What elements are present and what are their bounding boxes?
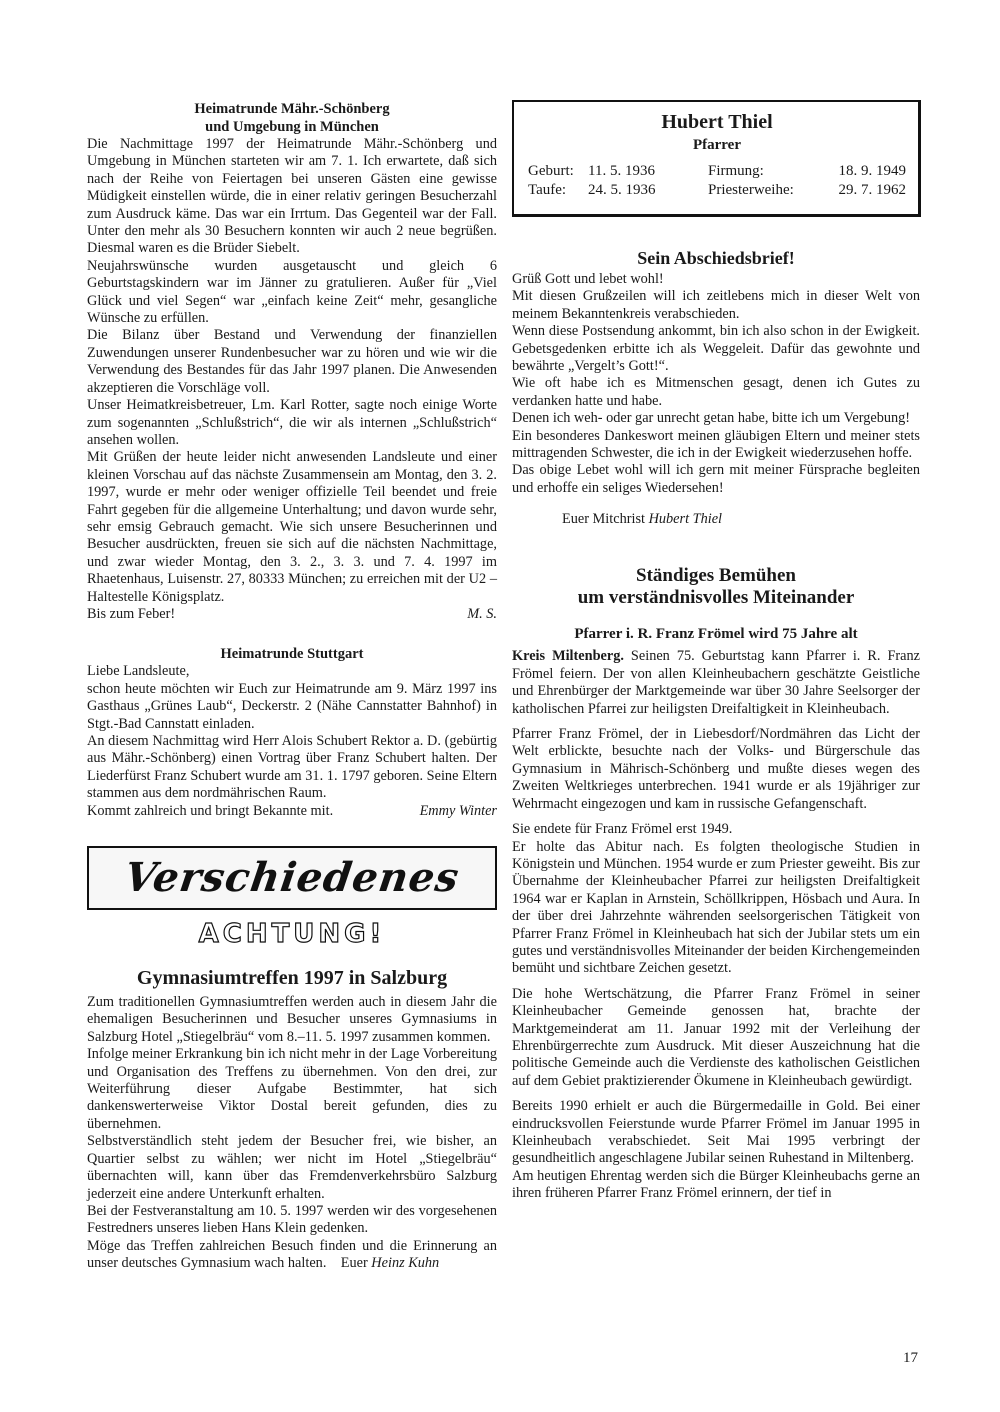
person-name: Hubert Thiel <box>528 110 906 134</box>
paragraph: Die Nachmittage 1997 der Heimatrunde Mäh… <box>87 136 497 258</box>
date-value: 11. 5. 1936 <box>588 162 708 181</box>
article-heimatrunde-stuttgart: Heimatrunde Stuttgart Liebe Landsleute, … <box>87 645 497 820</box>
paragraph: Wie oft habe ich es Mitmenschen gesagt, … <box>512 375 920 410</box>
author-signature: Hubert Thiel <box>649 511 722 527</box>
paragraph: Sie endete für Franz Frömel erst 1949. <box>512 821 920 838</box>
article-title: Sein Abschiedsbrief! <box>512 247 920 269</box>
paragraph: Neujahrswünsche wurden ausgetauscht und … <box>87 258 497 328</box>
paragraph: Selbstverständlich steht jedem der Besuc… <box>87 1133 497 1203</box>
date-value: 29. 7. 1962 <box>818 181 906 200</box>
closing-text: Bis zum Feber! <box>87 606 175 623</box>
person-role: Pfarrer <box>528 134 906 156</box>
article-subtitle: Pfarrer i. R. Franz Frömel wird 75 Jahre… <box>512 624 920 644</box>
article-gymnasiumtreffen: Gymnasiumtreffen 1997 in Salzburg Zum tr… <box>87 966 497 1273</box>
paragraph: An diesem Nachmittag wird Herr Alois Sch… <box>87 733 497 803</box>
author-signature: Emmy Winter <box>420 803 497 820</box>
article-froemel: Ständiges Bemühen um verständnisvolles M… <box>512 565 920 1203</box>
section-banner: Verschiedenes <box>87 846 497 910</box>
paragraph: Liebe Landsleute, <box>87 663 497 680</box>
paragraph: Das obige Lebet wohl will ich gern mit m… <box>512 462 920 497</box>
paragraph: Bereits 1990 erhielt er auch die Bürgerm… <box>512 1098 920 1168</box>
paragraph: schon heute möchten wir Euch zur Heimatr… <box>87 681 497 733</box>
section-banner-title: Verschiedenes <box>124 869 460 886</box>
paragraph: Mit diesen Grußzeilen will ich zeitleben… <box>512 288 920 323</box>
paragraph: Infolge meiner Erkrankung bin ich nicht … <box>87 1046 497 1133</box>
paragraph: Er holte das Abitur nach. Es folgten the… <box>512 839 920 978</box>
date-label: Geburt: <box>528 162 588 181</box>
right-column: Hubert Thiel Pfarrer Geburt: 11. 5. 1936… <box>512 100 920 1203</box>
paragraph: Am heutigen Ehrentag werden sich die Bür… <box>512 1168 920 1203</box>
closing-line: Kommt zahlreich und bringt Bekannte mit.… <box>87 803 497 820</box>
article-heimatrunde-muenchen: Heimatrunde Mähr.-Schönberg und Umgebung… <box>87 100 497 623</box>
paragraph: Pfarrer Franz Frömel, der in Liebesdorf/… <box>512 726 920 813</box>
title-line-1: Ständiges Bemühen <box>636 565 796 586</box>
lead-paragraph: Kreis Miltenberg. Seinen 75. Geburtstag … <box>512 648 920 718</box>
article-title: Heimatrunde Stuttgart <box>87 645 497 663</box>
closing-line: Bis zum Feber! M. S. <box>87 606 497 623</box>
date-label: Taufe: <box>528 181 588 200</box>
date-label: Priesterweihe: <box>708 181 818 200</box>
paragraph: Ein besonderes Dankeswort meinen gläubig… <box>512 428 920 463</box>
author-signature: M. S. <box>467 606 497 623</box>
dateline: Kreis Miltenberg. <box>512 648 624 664</box>
closing-text: Kommt zahlreich und bringt Bekannte mit. <box>87 803 333 820</box>
obituary-info-box: Hubert Thiel Pfarrer Geburt: 11. 5. 1936… <box>512 100 921 217</box>
paragraph: Unser Heimatkreisbetreuer, Lm. Karl Rott… <box>87 397 497 449</box>
paragraph: Die hohe Wertschätzung, die Pfarrer Fran… <box>512 986 920 1090</box>
paragraph: Zum traditionellen Gymnasiumtreffen werd… <box>87 994 497 1046</box>
article-title: Gymnasiumtreffen 1997 in Salzburg <box>87 966 497 990</box>
left-column: Heimatrunde Mähr.-Schönberg und Umgebung… <box>87 100 497 1273</box>
author-signature: Heinz Kuhn <box>371 1255 439 1271</box>
paragraph: Denen ich weh- oder gar unrecht getan ha… <box>512 410 920 427</box>
closing-paragraph: Möge das Treffen zahlreichen Besuch find… <box>87 1238 497 1273</box>
title-line-2: und Umgebung in München <box>205 119 379 135</box>
title-line-2: um verständnisvolles Miteinander <box>578 587 855 608</box>
paragraph: Mit Grüßen der heute leider nicht anwese… <box>87 449 497 606</box>
paragraph: Die Bilanz über Bestand und Verwendung d… <box>87 327 497 397</box>
dates-grid: Geburt: 11. 5. 1936 Firmung: 18. 9. 1949… <box>528 162 906 200</box>
title-line-1: Heimatrunde Mähr.-Schönberg <box>194 101 389 117</box>
article-abschiedsbrief: Sein Abschiedsbrief! Grüß Gott und lebet… <box>512 247 920 529</box>
article-title: Ständiges Bemühen um verständnisvolles M… <box>512 565 920 609</box>
signature-prefix: Euer <box>341 1255 368 1271</box>
date-label: Firmung: <box>708 162 818 181</box>
paragraph: Bei der Festveranstaltung am 10. 5. 1997… <box>87 1203 497 1238</box>
signature-prefix: Euer Mitchrist <box>562 511 645 527</box>
article-title: Heimatrunde Mähr.-Schönberg und Umgebung… <box>87 100 497 136</box>
date-value: 24. 5. 1936 <box>588 181 708 200</box>
signature-line: Euer Mitchrist Hubert Thiel <box>512 511 920 528</box>
page-number: 17 <box>903 1350 918 1367</box>
paragraph: Wenn diese Postsendung ankommt, bin ich … <box>512 323 920 375</box>
paragraph: Grüß Gott und lebet wohl! <box>512 271 920 288</box>
date-value: 18. 9. 1949 <box>818 162 906 181</box>
achtung-heading: ACHTUNG! <box>87 926 497 956</box>
